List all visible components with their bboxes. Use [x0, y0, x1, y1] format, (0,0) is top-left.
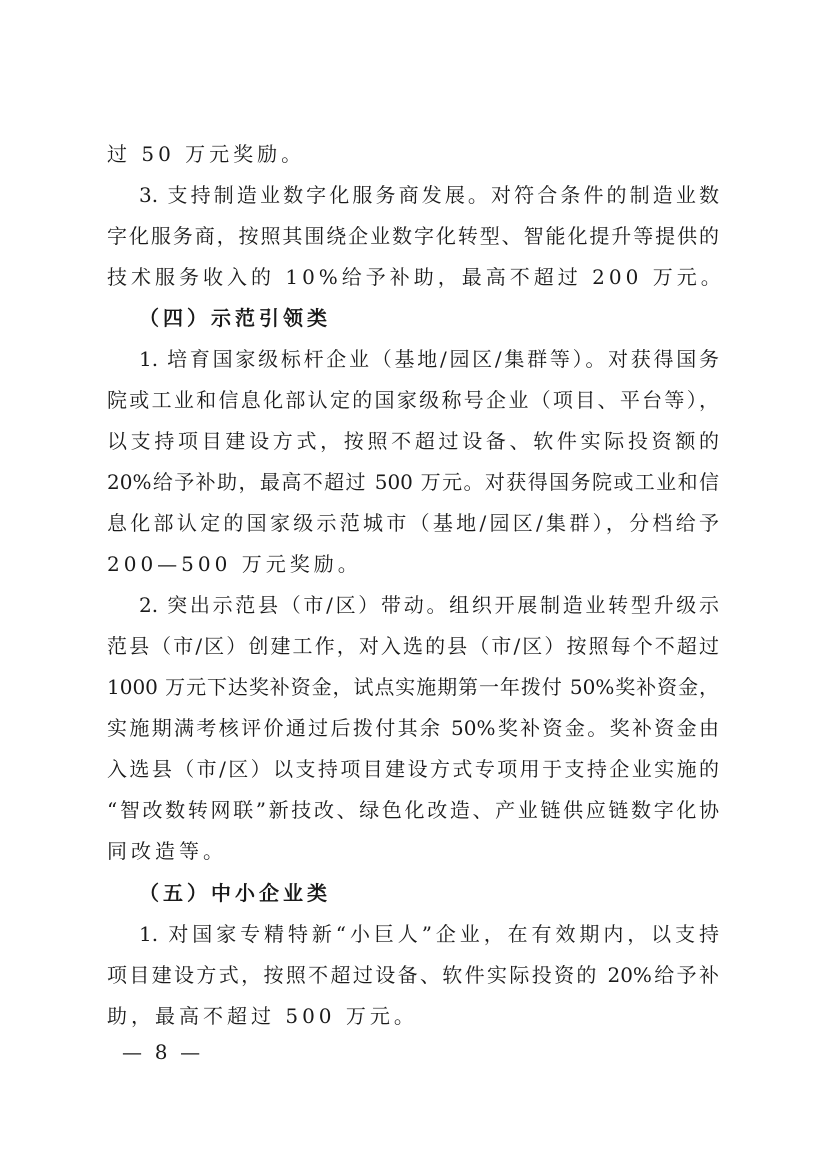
- paragraph-line: 范县（市/区）创建工作，对入选的县（市/区）按照每个不超过: [107, 631, 719, 661]
- document-page: 过 50 万元奖励。 3. 支持制造业数字化服务商发展。对符合条件的制造业数 字…: [0, 0, 826, 1169]
- paragraph-line: 项目建设方式，按照不超过设备、软件实际投资的 20%给予补: [107, 960, 719, 990]
- paragraph-line: 2. 突出示范县（市/区）带动。组织开展制造业转型升级示: [139, 590, 719, 620]
- paragraph-line: 20%给予补助，最高不超过 500 万元。对获得国务院或工业和信: [107, 467, 719, 497]
- paragraph-line: 技术服务收入的 10%给予补助，最高不超过 200 万元。: [107, 262, 719, 292]
- section-heading-five: （五）中小企业类: [139, 878, 719, 908]
- paragraph-line: 助，最高不超过 500 万元。: [107, 1001, 719, 1031]
- paragraph-line: 200—500 万元奖励。: [107, 549, 719, 579]
- paragraph-line: 过 50 万元奖励。: [107, 139, 719, 169]
- paragraph-line: 1. 对国家专精特新“小巨人”企业，在有效期内，以支持: [139, 919, 719, 949]
- paragraph-line: 3. 支持制造业数字化服务商发展。对符合条件的制造业数: [139, 180, 719, 210]
- paragraph-line: 1. 培育国家级标杆企业（基地/园区/集群等）。对获得国务: [139, 344, 719, 374]
- paragraph-line: “智改数转网联”新技改、绿色化改造、产业链供应链数字化协: [107, 795, 719, 825]
- paragraph-line: 同改造等。: [107, 836, 719, 866]
- paragraph-line: 入选县（市/区）以支持项目建设方式专项用于支持企业实施的: [107, 754, 719, 784]
- paragraph-line: 息化部认定的国家级示范城市（基地/园区/集群），分档给予: [107, 508, 719, 538]
- section-heading-four: （四）示范引领类: [139, 303, 719, 333]
- page-number: — 8 —: [122, 1037, 200, 1067]
- paragraph-line: 以支持项目建设方式，按照不超过设备、软件实际投资额的: [107, 426, 719, 456]
- paragraph-line: 院或工业和信息化部认定的国家级称号企业（项目、平台等），: [107, 385, 719, 415]
- paragraph-line: 1000 万元下达奖补资金，试点实施期第一年拨付 50%奖补资金，: [107, 672, 719, 702]
- paragraph-line: 字化服务商，按照其围绕企业数字化转型、智能化提升等提供的: [107, 221, 719, 251]
- paragraph-line: 实施期满考核评价通过后拨付其余 50%奖补资金。奖补资金由: [107, 713, 719, 743]
